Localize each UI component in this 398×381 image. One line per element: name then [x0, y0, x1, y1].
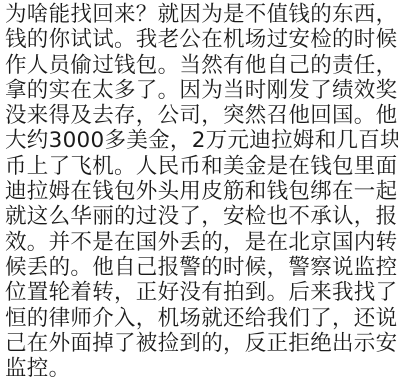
text-line: 拿的实在太多了。因为当时刚发了绩效奖金，还: [5, 78, 398, 103]
post-body-text: 为啥能找回来？就因为是不值钱的东西，但凡值 钱的你试试。我老公在机场过安检的时候…: [0, 0, 398, 381]
text-line: 位置轮着转，正好没有拍到。后来我找了北京德: [5, 280, 398, 305]
text-line: 作人员偷过钱包。当然有他自己的责任，他现金: [5, 53, 398, 78]
text-line: 效。并不是在国外丢的，是在北京国内转机的时: [5, 230, 398, 255]
text-line: 迪拉姆在钱包外头用皮筋和钱包绑在一起过安检: [5, 179, 398, 204]
text-line: 没来得及去存，公司，突然召他回国。他就带着: [5, 103, 398, 128]
text-line: 候丢的。他自己报警的时候，警察说监控是四个: [5, 255, 398, 280]
text-line: 为啥能找回来？就因为是不值钱的东西，但凡值: [5, 2, 398, 27]
text-line: 恒的律师介入，机场就还给我们了，还说是他自: [5, 306, 398, 331]
text-line: 币上了飞机。人民币和美金是在钱包里面的，2万: [5, 154, 398, 179]
text-line: 监控。: [5, 356, 398, 381]
text-line: 就这么华丽的过没了，安检也不承认，报警也无: [5, 204, 398, 229]
text-line: 大约3000多美金，2万元迪拉姆和几百块钱人民: [5, 128, 398, 153]
text-line: 钱的你试试。我老公在机场过安检的时候，被工: [5, 27, 398, 52]
text-line: 己在外面掉了被捡到的，反正拒绝出示安检口的: [5, 331, 398, 356]
